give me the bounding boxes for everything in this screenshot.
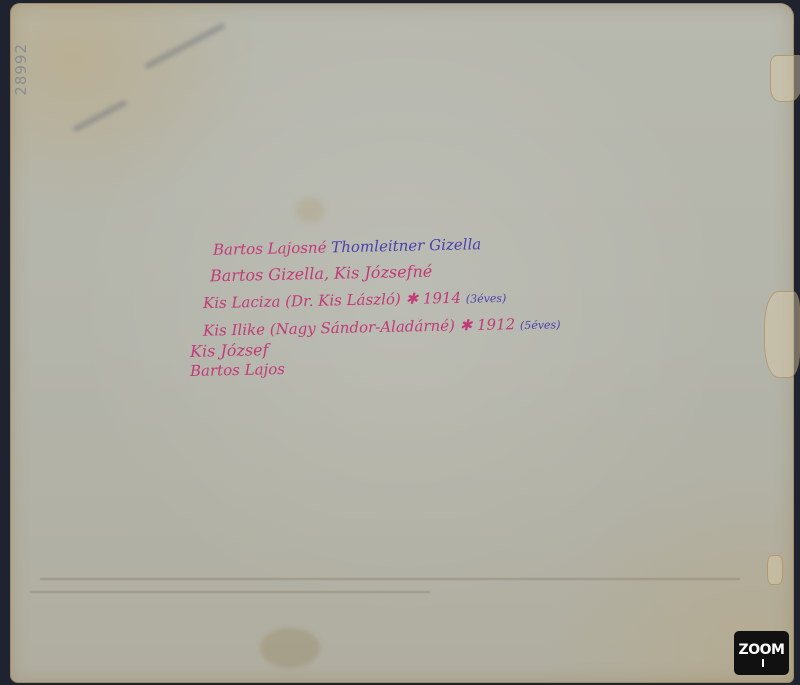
handwritten-name: Bartos Lajos [190, 360, 285, 380]
magnifier-icon [762, 659, 764, 667]
pencil-smudge [72, 99, 128, 132]
handwritten-maiden-name: Thomleitner Gizella [331, 235, 481, 256]
zoom-logo: ZOOM [734, 631, 789, 675]
water-stain [260, 628, 320, 668]
paper-tear-bottom-right [767, 555, 783, 585]
handwritten-age: (5éves) [520, 318, 561, 332]
pencil-smudge [144, 22, 226, 70]
handwritten-name: Bartos Lajosné [213, 238, 332, 258]
crease-line [30, 591, 430, 593]
photo-card-back: 28992 [10, 3, 794, 683]
discoloration [295, 198, 325, 223]
crease-line [40, 578, 740, 580]
logo-text: ZOOM [739, 642, 785, 658]
handwritten-name: Kis József [190, 340, 269, 361]
handwritten-line-6: Bartos Lajos [190, 360, 285, 380]
pencil-archive-number: 28992 [12, 43, 30, 96]
handwritten-line-5: Kis József [190, 340, 269, 361]
paper-tear-top-right [770, 55, 800, 102]
paper-tear-right [764, 291, 800, 378]
handwritten-age: (3éves) [466, 292, 507, 306]
